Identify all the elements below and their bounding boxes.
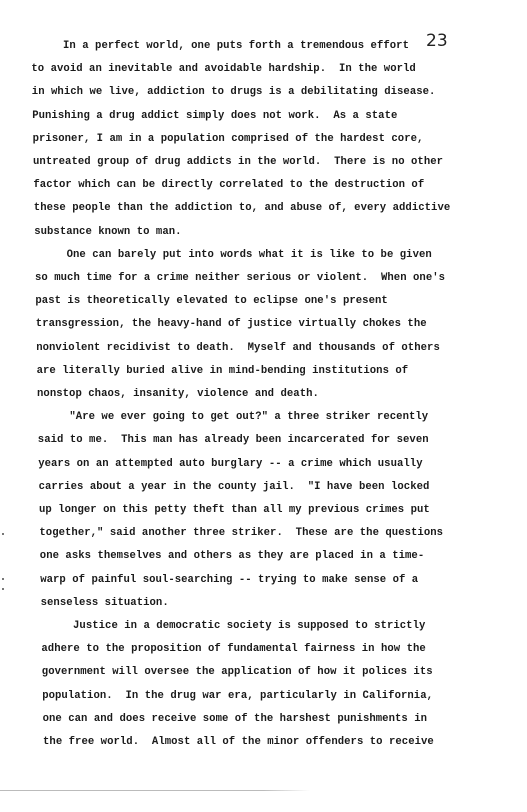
- text-line: untreated group of drug addicts in the w…: [33, 156, 443, 168]
- text-line: prisoner, I am in a population comprised…: [33, 133, 424, 145]
- text-line: up longer on this petty theft than all m…: [39, 504, 430, 516]
- text-line: in which we live, addiction to drugs is …: [32, 86, 436, 98]
- paragraph-first-line: "Are we ever going to get out?" a three …: [69, 411, 428, 423]
- text-line: Punishing a drug addict simply does not …: [32, 110, 397, 122]
- text-line: together," said another three striker. T…: [39, 527, 443, 539]
- text-line: carries about a year in the county jail.…: [39, 481, 430, 493]
- text-line: past is theoretically elevated to eclips…: [35, 295, 387, 307]
- text-line: factor which can be directly correlated …: [33, 179, 424, 191]
- text-line: said to me. This man has already been in…: [38, 434, 429, 446]
- paragraph-first-line: In a perfect world, one puts forth a tre…: [63, 40, 409, 52]
- text-line: adhere to the proposition of fundamental…: [41, 643, 425, 655]
- text-line: to avoid an inevitable and avoidable har…: [31, 63, 415, 75]
- text-line: senseless situation.: [41, 597, 169, 609]
- margin-speck: [2, 533, 4, 535]
- text-line: nonviolent recidivist to death. Myself a…: [36, 342, 440, 354]
- margin-speck: [2, 578, 4, 580]
- page-number: 23: [426, 31, 448, 51]
- text-line: so much time for a crime neither serious…: [35, 272, 445, 284]
- text-line: population. In the drug war era, particu…: [42, 690, 433, 702]
- paragraph-first-line: One can barely put into words what it is…: [67, 249, 432, 261]
- text-line: nonstop chaos, insanity, violence and de…: [37, 388, 319, 400]
- text-line: transgression, the heavy-hand of justice…: [36, 318, 427, 330]
- page-bottom-edge: [0, 790, 310, 791]
- paragraph-first-line: Justice in a democratic society is suppo…: [73, 620, 425, 632]
- text-line: the free world. Almost all of the minor …: [43, 736, 434, 748]
- text-line: one can and does receive some of the har…: [43, 713, 427, 725]
- text-line: warp of painful soul-searching -- trying…: [40, 574, 418, 586]
- text-line: years on an attempted auto burglary -- a…: [38, 458, 422, 470]
- text-line: one asks themselves and others as they a…: [40, 550, 424, 562]
- text-line: these people than the addiction to, and …: [34, 202, 450, 214]
- text-line: government will oversee the application …: [42, 666, 433, 678]
- margin-speck: [2, 588, 4, 590]
- text-line: substance known to man.: [34, 226, 181, 238]
- text-line: are literally buried alive in mind-bendi…: [37, 365, 409, 377]
